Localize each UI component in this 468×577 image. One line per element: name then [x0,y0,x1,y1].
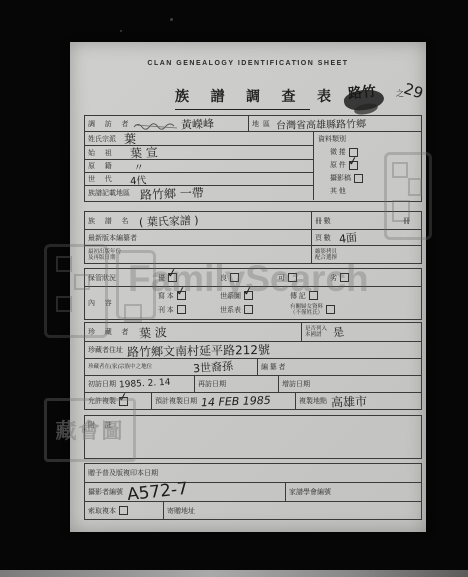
condition-option-poor: 劣 [330,273,349,283]
generations-label: 世 代 [88,174,116,184]
condition-checkbox-excellent [168,273,177,282]
request-copy-checkbox [119,506,128,515]
content-option-biography: 傳 記 [290,291,318,301]
table-holder: 珍 藏 者 葉 波 是否列入 本國譜 是 珍藏者住址 路竹鄉文南村延平路212號 [84,322,422,410]
copy-permission-label: 允許複製 [88,396,116,406]
table-admin: 贈予普及版複印本日期 攝影者編號 A572-7 家譜學會編號 索取複本 寄贈地 [84,463,422,520]
society-number-label: 家譜學會編號 [289,487,331,497]
material-option: 攝影稿 [330,173,417,183]
volumes-unit: 冊 [403,216,410,226]
table-book: 族 譜 名 ( 葉氏家譜 ) 冊 數 冊 最新版本編纂者 頁 數 4面 [84,211,422,264]
content-option-pedigree-chart: 世系圖 [220,291,290,301]
coverage-label: 族譜記載地區 [88,188,130,198]
condition-option-fair: 可 [278,273,330,283]
compiler-label: 編 纂 者 [261,362,286,372]
content-option-manuscript: 寫 本 [158,291,220,301]
founder-label: 始 祖 [88,148,116,158]
condition-checkbox-good [230,273,239,282]
material-option-label: 原 件 [330,160,346,170]
content-checkbox-women-data [326,305,335,314]
material-checkbox-photocopy [354,174,363,183]
condition-option-label: 良 [220,273,227,283]
listed-value: 是 [332,323,345,340]
condition-checkbox-poor [340,273,349,282]
copy-place-value: 高雄市 [331,392,368,410]
copy-permission-checkbox [119,397,128,406]
holder-address-value: 路竹鄉文南村延平路212號 [127,340,270,359]
condition-option-good: 良 [220,273,278,283]
content-checkbox-pedigree-table [244,305,253,314]
origin-label: 原 籍 [88,161,116,171]
content-option-women-data: 有關婦女資料 （不僅姓氏） [290,304,335,316]
scanned-photo-background: CLAN GENEALOGY IDENTIFICATION SHEET 族 譜 … [0,0,468,577]
request-copy-label: 索取複本 [88,506,116,516]
table-notes: 附 註 [84,415,422,459]
content-checkbox-printed [177,305,186,314]
material-option-label: 攝影稿 [330,173,351,183]
book-title-value: ( 葉氏家譜 ) [138,211,198,229]
gift-date-label: 贈予普及版複印本日期 [88,468,158,478]
content-label: 內 容 [88,298,116,308]
condition-option-label: 劣 [330,273,337,283]
editor-label: 最新版本編纂者 [88,233,137,243]
copy-date-label: 預計複製日期 [155,396,197,406]
coverage-value: 路竹鄉 一帶 [140,183,204,202]
scribble-strikethrough [133,121,179,131]
condition-option-label: 優 [158,273,165,283]
copy-place-label: 複製地點 [299,396,327,406]
holder-address-label: 珍藏者住址 [88,345,123,355]
additional-visit-label: 增訪日期 [282,379,310,389]
material-label: 資料類別 [318,134,417,144]
material-option-label: 微 捲 [330,147,346,157]
content-option-label: 寫 本 [158,291,174,301]
content-option-pedigree-table: 世系表 [220,305,290,315]
page-note-number: 29 [402,79,426,102]
condition-option-label: 可 [278,273,285,283]
first-visit-label: 初訪日期 [88,379,116,389]
content-option-label: 傳 記 [290,291,306,301]
listed-label2: 本國譜 [305,332,327,338]
holder-position-value: 3世裔孫 [192,358,233,377]
notes-label: 附 註 [88,420,116,430]
english-title: CLAN GENEALOGY IDENTIFICATION SHEET [70,60,426,67]
surveyor-value: 黃嶸峰 [180,115,214,132]
holder-value: 葉 波 [138,323,167,341]
material-checkbox-original [349,161,358,170]
region-label: 地區 [252,119,274,129]
condition-checkbox-fair [288,273,297,282]
surname-label: 姓氏宗派 [88,134,116,144]
condition-label: 保管狀況 [88,273,116,283]
first-publication-label2: 及再版日期 [88,255,116,261]
volumes-label: 冊 數 [315,216,331,226]
holder-position-label: 珍藏者在(家)宗族中之地位 [88,364,152,370]
content-checkbox-pedigree-chart [244,291,253,300]
content-option-label: 刊 本 [158,305,174,315]
holder-label: 珍 藏 者 [88,327,133,337]
second-visit-label: 再訪日期 [198,379,226,389]
surveyor-label: 調 訪 者 [88,119,133,129]
photographer-number-label: 攝影者編號 [88,487,123,497]
photo-bottom-edge [0,570,468,577]
book-title-label: 族 譜 名 [88,216,133,226]
material-option: 其 他 [330,186,417,196]
table-identity: 調 訪 者 黃嶸峰 地區 台灣省高雄縣路竹鄉 姓氏宗派 [84,115,422,202]
copy-date-value: 14 FEB 1985 [201,393,271,408]
content-checkbox-biography [309,291,318,300]
material-option-label: 其 他 [330,186,346,196]
content-checkbox-manuscript [177,291,186,300]
genealogy-form-paper: CLAN GENEALOGY IDENTIFICATION SHEET 族 譜 … [70,42,426,532]
pages-value: 4面 [338,229,358,247]
pages-label: 頁 數 [315,233,331,243]
content-option-label: 世系表 [220,305,241,315]
content-option-note: （不僅姓氏） [290,310,323,316]
table-condition: 保管狀況 優 良 可 劣 [84,268,422,320]
microfilm-copy-label2: 配合選擇 [315,255,337,261]
mailing-address-label: 寄贈地址 [167,506,195,516]
material-option: 原 件 [330,160,417,170]
chinese-title: 族 譜 調 查 表 [175,86,310,110]
content-option-label: 世系圖 [220,291,241,301]
condition-option-excellent: 優 [158,273,220,283]
region-value: 台灣省高雄縣路竹鄉 [276,115,366,132]
material-option: 微 捲 [330,147,417,157]
content-option-printed: 刊 本 [158,305,220,315]
